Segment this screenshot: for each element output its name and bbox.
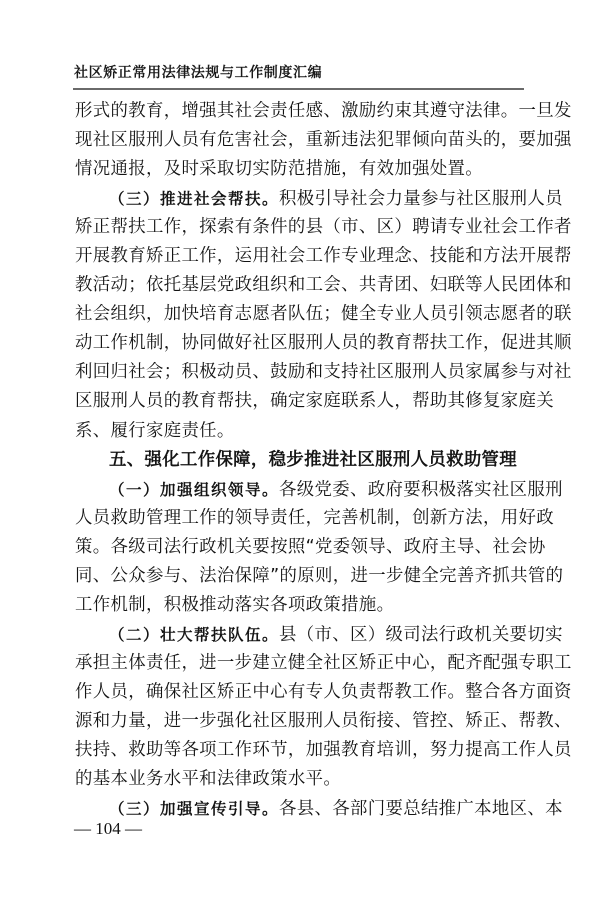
- paragraph-first-line: （一）加强组织领导。各级党委、政府要积极落实社区服刑: [75, 475, 527, 504]
- text-line: 矫正帮扶工作，探索有条件的县（市、区）聘请专业社会工作者: [75, 213, 527, 242]
- paragraph-subtitle: （二）壮大帮扶队伍。: [109, 625, 279, 644]
- paragraph-first-line: （三）推进社会帮扶。积极引导社会力量参与社区服刑人员: [75, 184, 527, 213]
- text-span: 积极引导社会力量参与社区服刑人员: [279, 189, 563, 209]
- header-rule: [73, 88, 524, 90]
- text-line: 现社区服刑人员有危害社会，重新违法犯罪倾向苗头的，要加强: [75, 126, 527, 155]
- text-line: 动工作机制，协同做好社区服刑人员的教育帮扶工作，促进其顺: [75, 329, 527, 358]
- text-line: 承担主体责任，进一步建立健全社区矫正中心，配齐配强专职工: [75, 649, 527, 678]
- text-span: 各级党委、政府要积极落实社区服刑: [279, 480, 563, 500]
- text-line: 策。各级司法行政机关要按照“党委领导、政府主导、社会协: [75, 533, 527, 562]
- text-line: 系、履行家庭责任。: [75, 417, 527, 446]
- body-text: 形式的教育，增强其社会责任感、激励约束其遵守法律。一旦发 现社区服刑人员有危害社…: [75, 97, 527, 823]
- text-line: 的基本业务水平和法律政策水平。: [75, 765, 527, 794]
- paragraph-subtitle: （三）推进社会帮扶。: [109, 189, 279, 208]
- text-line: 区服刑人员的教育帮扶，确定家庭联系人，帮助其修复家庭关: [75, 387, 527, 416]
- paragraph-first-line: （三）加强宣传引导。各县、各部门要总结推广本地区、本: [75, 794, 527, 823]
- text-line: 扶持、救助等各项工作环节，加强教育培训，努力提高工作人员: [75, 736, 527, 765]
- text-line: 教活动；依托基层党政组织和工会、共青团、妇联等人民团体和: [75, 271, 527, 300]
- text-line: 同、公众参与、法治保障”的原则，进一步健全完善齐抓共管的: [75, 562, 527, 591]
- text-line: 社会组织，加快培育志愿者队伍；健全专业人员引领志愿者的联: [75, 300, 527, 329]
- text-line: 工作机制，积极推动落实各项政策措施。: [75, 591, 527, 620]
- running-header-title: 社区矫正常用法律法规与工作制度汇编: [74, 62, 322, 82]
- paragraph-subtitle: （三）加强宣传引导。: [109, 799, 279, 818]
- text-line: 人员救助管理工作的领导责任，完善机制，创新方法，用好政: [75, 504, 527, 533]
- text-line: 利回归社会；积极动员、鼓励和支持社区服刑人员家属参与对社: [75, 358, 527, 387]
- text-span: 各县、各部门要总结推广本地区、本: [279, 799, 563, 819]
- text-line: 情况通报，及时采取切实防范措施，有效加强处置。: [75, 155, 527, 184]
- text-line: 形式的教育，增强其社会责任感、激励约束其遵守法律。一旦发: [75, 97, 527, 126]
- text-line: 作人员，确保社区矫正中心有专人负责帮教工作。整合各方面资: [75, 678, 527, 707]
- text-line: 开展教育矫正工作，运用社会工作专业理念、技能和方法开展帮: [75, 242, 527, 271]
- section-heading: 五、强化工作保障，稳步推进社区服刑人员救助管理: [75, 446, 527, 475]
- text-span: 县（市、区）级司法行政机关要切实: [279, 625, 563, 645]
- page-number: — 104 —: [74, 819, 142, 839]
- text-line: 源和力量，进一步强化社区服刑人员衔接、管控、矫正、帮教、: [75, 707, 527, 736]
- paragraph-subtitle: （一）加强组织领导。: [109, 480, 279, 499]
- paragraph-first-line: （二）壮大帮扶队伍。县（市、区）级司法行政机关要切实: [75, 620, 527, 649]
